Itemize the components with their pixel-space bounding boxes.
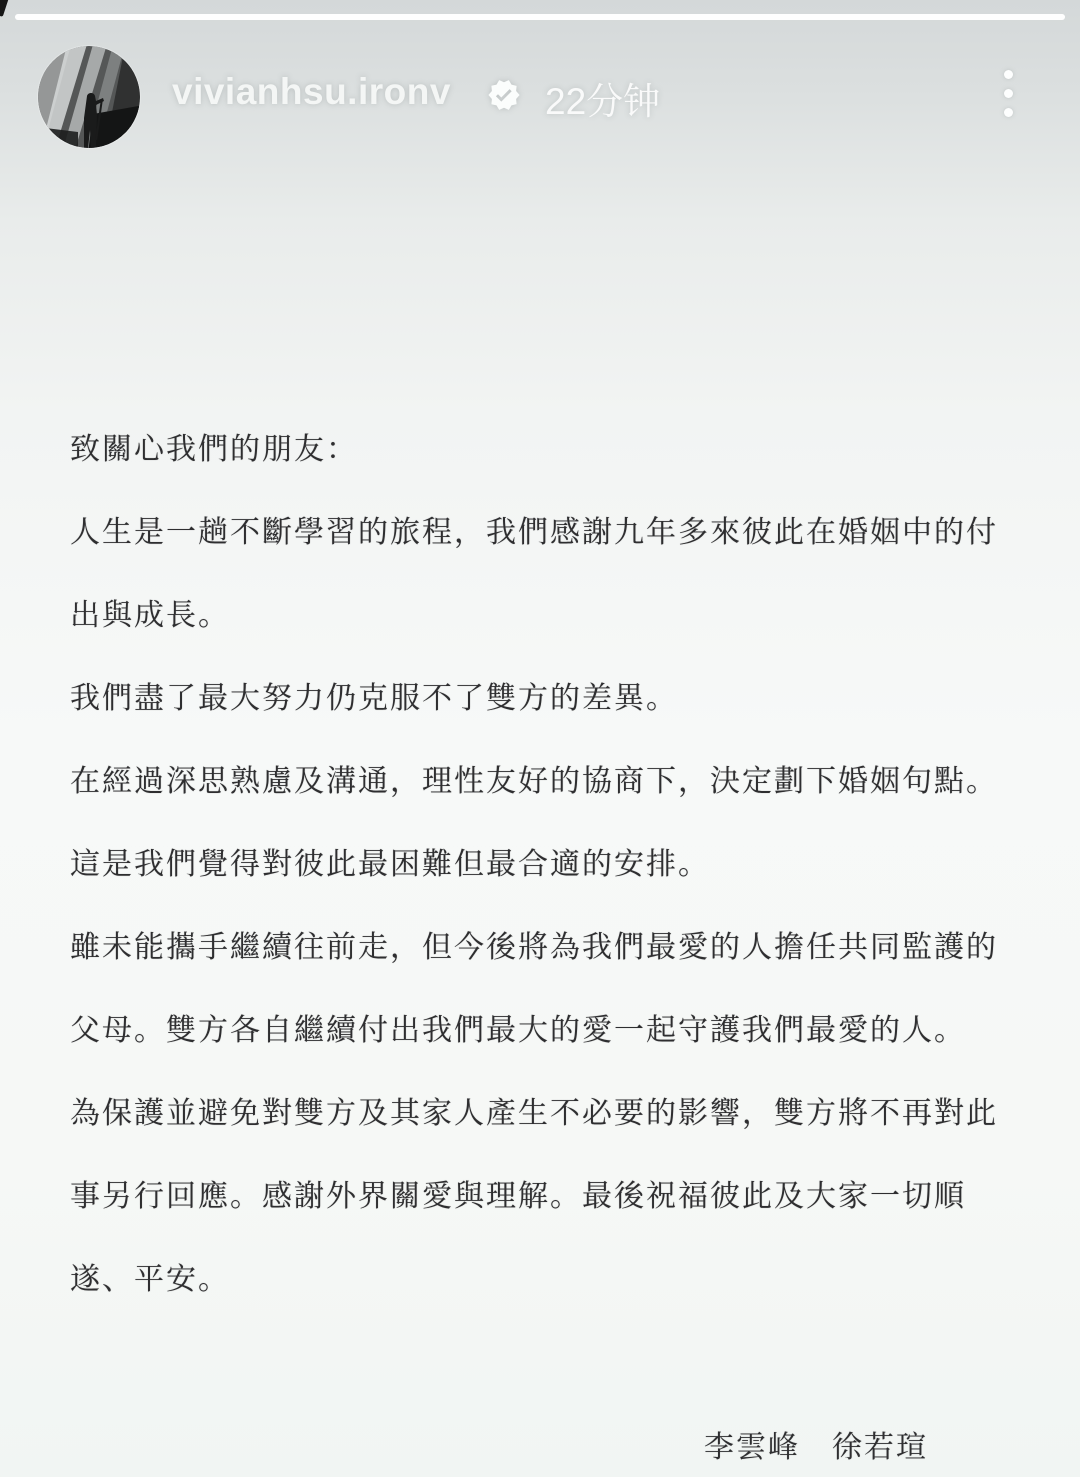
story-progress-bar: [15, 14, 1065, 20]
more-options-button[interactable]: [994, 62, 1022, 124]
story-viewport[interactable]: vivianhsu.ironv 22分钟 致關心我們的朋友： 人生是一趟不斷學習…: [0, 0, 1080, 1477]
letter-line: 雖未能攜手繼續往前走，但今後將為我們最愛的人擔任共同監護的: [70, 906, 1030, 989]
letter-line: 我們盡了最大努力仍克服不了雙方的差異。: [70, 657, 1030, 740]
timestamp: 22分钟: [545, 71, 660, 125]
more-options-icon: [1004, 89, 1013, 98]
letter-line: 這是我們覺得對彼此最困難但最合適的安排。: [70, 823, 1030, 906]
letter-line: 遂、平安。: [70, 1238, 1030, 1321]
story-progress-fill: [15, 14, 1065, 20]
letter-body: 致關心我們的朋友： 人生是一趟不斷學習的旅程，我們感謝九年多來彼此在婚姻中的付 …: [70, 408, 1030, 1321]
more-options-icon: [1004, 108, 1013, 117]
avatar-image: [38, 46, 140, 148]
letter-line: 事另行回應。感謝外界關愛與理解。最後祝福彼此及大家一切順: [70, 1155, 1030, 1238]
signature: 李雲峰 徐若瑄: [704, 1428, 928, 1468]
more-options-icon: [1004, 70, 1013, 79]
verified-badge-icon: [487, 78, 521, 112]
letter-line: 致關心我們的朋友：: [70, 408, 1030, 491]
corner-artifact: [0, 0, 9, 17]
avatar[interactable]: [38, 46, 140, 148]
letter-line: 父母。雙方各自繼續付出我們最大的愛一起守護我們最愛的人。: [70, 989, 1030, 1072]
letter-line: 人生是一趟不斷學習的旅程，我們感謝九年多來彼此在婚姻中的付: [70, 491, 1030, 574]
letter-line: 為保護並避免對雙方及其家人產生不必要的影響，雙方將不再對此: [70, 1072, 1030, 1155]
letter-line: 在經過深思熟慮及溝通，理性友好的協商下，決定劃下婚姻句點。: [70, 740, 1030, 823]
letter-line: 出與成長。: [70, 574, 1030, 657]
username[interactable]: vivianhsu.ironv: [172, 71, 451, 113]
